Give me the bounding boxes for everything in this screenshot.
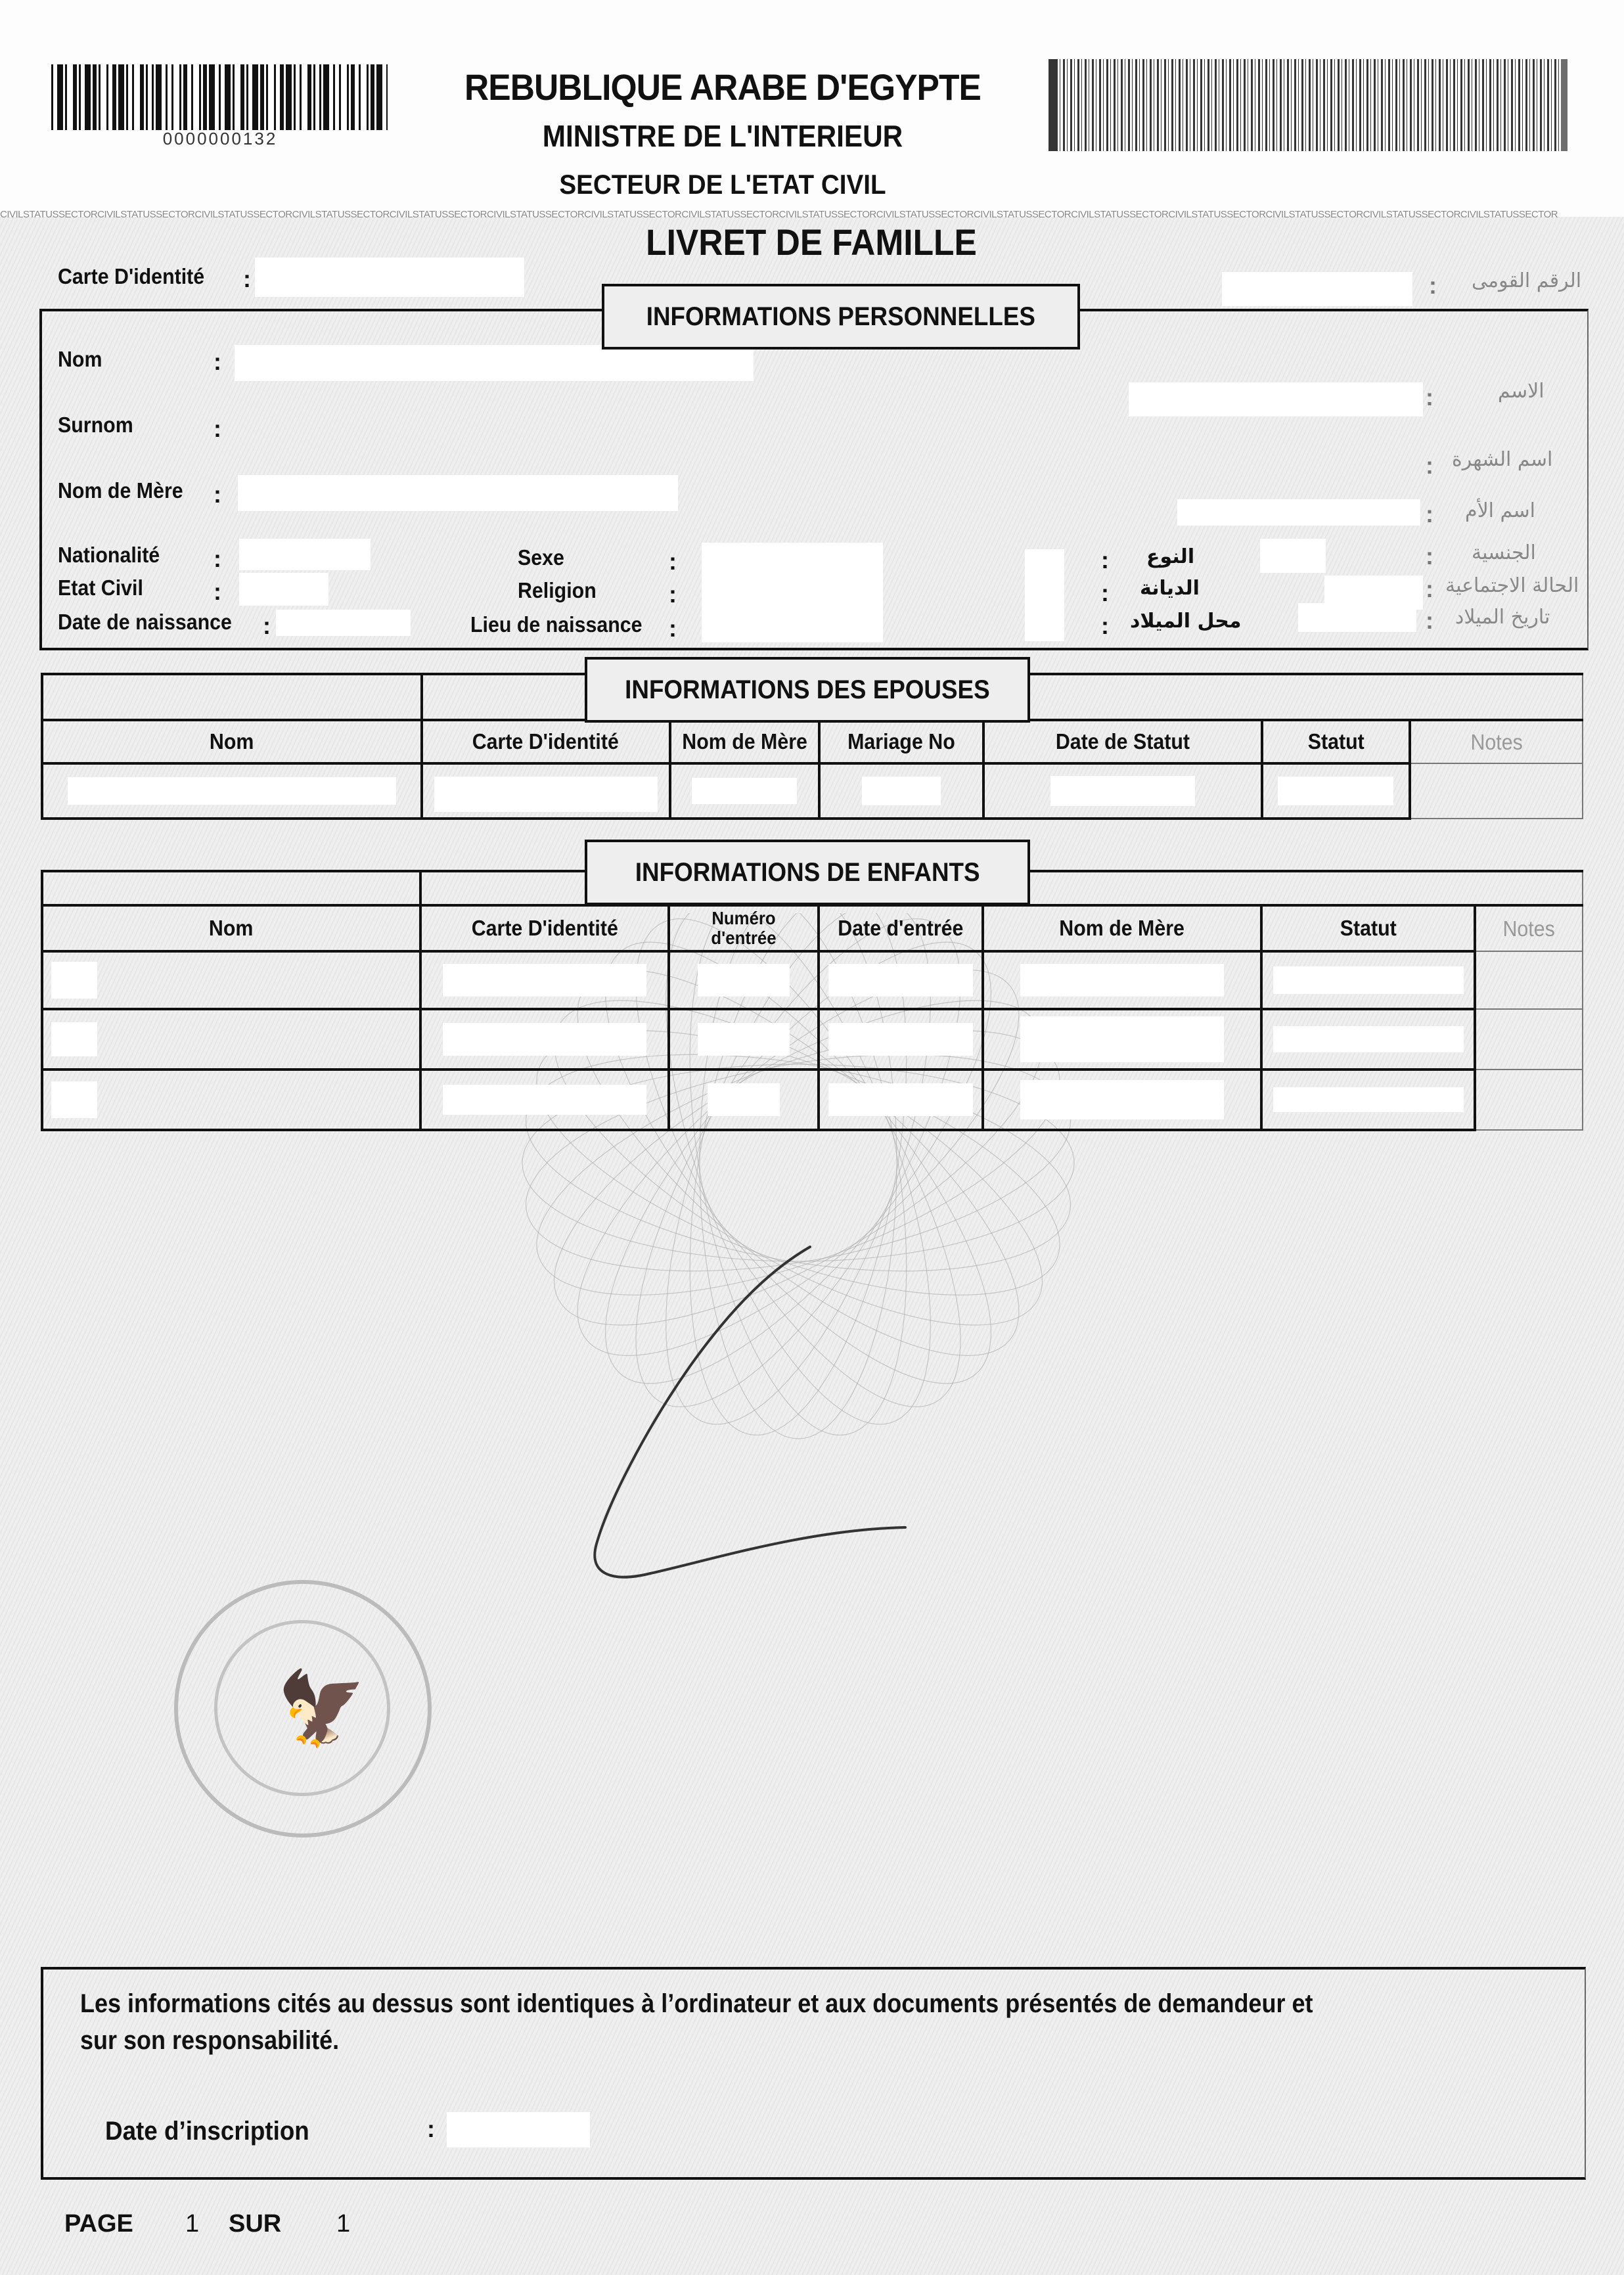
colon: : xyxy=(243,265,251,293)
cell-value xyxy=(862,777,941,805)
cell-value xyxy=(1020,1016,1224,1062)
col-date-statut: Date de Statut xyxy=(983,720,1262,763)
nom-value-ar xyxy=(1129,382,1423,417)
nom-mere-label: Nom de Mère xyxy=(58,478,183,503)
sexe-label: Sexe xyxy=(518,545,564,570)
table-row xyxy=(42,763,1583,819)
children-table: Nom Carte D'identité Numéro d'entrée Dat… xyxy=(41,870,1583,1131)
cell-value xyxy=(443,1023,646,1056)
cell-value xyxy=(828,1083,973,1116)
children-header-row: Nom Carte D'identité Numéro d'entrée Dat… xyxy=(42,905,1583,951)
colon: : xyxy=(214,415,221,443)
eagle-emblem-icon: 🦅 xyxy=(277,1669,336,1748)
barcode-number: 0000000132 xyxy=(135,129,305,149)
cell-value xyxy=(1273,1026,1464,1052)
cell-value xyxy=(1020,1080,1224,1119)
table-row xyxy=(42,1070,1583,1130)
nom-mere-value xyxy=(238,475,678,511)
sexe-label-ar: النوع xyxy=(1146,545,1194,568)
page-current: 1 xyxy=(185,2210,199,2238)
spouses-header-row: Nom Carte D'identité Nom de Mère Mariage… xyxy=(42,720,1583,763)
cell-value xyxy=(51,1022,97,1056)
spouses-section-title: INFORMATIONS DES EPOUSES xyxy=(585,657,1030,723)
colon: : xyxy=(214,348,221,376)
declaration-text: Les informations cités au dessus sont id… xyxy=(80,1985,1351,2059)
nom-label-ar: الاسم xyxy=(1498,380,1545,403)
col-statut: Statut xyxy=(1261,905,1475,951)
nationalite-label-ar: الجنسية xyxy=(1472,541,1536,564)
date-naissance-label: Date de naissance xyxy=(58,610,232,635)
colon: : xyxy=(427,2115,435,2143)
col-nom: Nom xyxy=(42,905,420,951)
col-notes: Notes xyxy=(1410,720,1583,763)
page-total: 1 xyxy=(336,2210,350,2238)
sexe-religion-lieu-values xyxy=(702,543,883,642)
colon: : xyxy=(669,548,677,575)
national-id-label-ar: الرقم القومى xyxy=(1472,269,1581,292)
surnom-label: Surnom xyxy=(58,413,133,438)
barcode-icon xyxy=(51,64,388,130)
colon: : xyxy=(1429,272,1437,300)
seal-inner-ring: 🦅 xyxy=(214,1620,390,1796)
cell-value xyxy=(443,964,646,997)
col-nom-mere: Nom de Mère xyxy=(670,720,820,763)
cell-value xyxy=(51,1081,97,1118)
ministry-heading: MINISTRE DE L'INTERIEUR xyxy=(420,118,1025,154)
id-card-label: Carte D'identité xyxy=(58,264,204,289)
cell-value xyxy=(828,1023,973,1056)
sector-heading: SECTEUR DE L'ETAT CIVIL xyxy=(420,169,1025,200)
children-section-title: INFORMATIONS DE ENFANTS xyxy=(585,840,1030,905)
colon: : xyxy=(1101,579,1109,607)
date-naissance-label-ar: تاريخ الميلاد xyxy=(1455,606,1550,629)
lieu-naissance-label: Lieu de naissance xyxy=(470,612,643,637)
nationalite-label: Nationalité xyxy=(58,543,160,568)
cell-value xyxy=(68,777,396,805)
col-mariage-no: Mariage No xyxy=(819,720,983,763)
date-naissance-value xyxy=(276,610,411,636)
colon: : xyxy=(1426,543,1433,570)
ministry-seal-icon: 🦅 xyxy=(174,1580,432,1837)
nationalite-value xyxy=(239,539,371,570)
of-label: SUR xyxy=(229,2210,281,2238)
lieu-naissance-label-ar: محل الميلاد xyxy=(1130,610,1242,633)
personal-section-title: INFORMATIONS PERSONNELLES xyxy=(602,284,1080,349)
cell-value xyxy=(434,777,658,812)
etat-civil-label: Etat Civil xyxy=(58,575,143,600)
religion-label: Religion xyxy=(518,578,597,603)
date-naissance-value-ar xyxy=(1298,603,1416,632)
table-row xyxy=(42,951,1583,1009)
cell-value xyxy=(443,1085,646,1115)
cell-value xyxy=(708,1083,780,1116)
colon: : xyxy=(1426,384,1433,411)
etat-civil-label-ar: الحالة الاجتماعية xyxy=(1445,574,1579,597)
colon: : xyxy=(1426,452,1433,480)
document-title: LIVRET DE FAMILLE xyxy=(428,221,1195,263)
arabic-mid-values xyxy=(1025,549,1064,641)
cell-value xyxy=(1050,776,1195,806)
microtext-security-line: CIVILSTATUSSECTORCIVILSTATUSSECTORCIVILS… xyxy=(0,209,1624,222)
cell-value xyxy=(828,964,973,997)
nom-label: Nom xyxy=(58,347,102,372)
cell-value xyxy=(698,1023,790,1056)
cell-value xyxy=(1475,951,1583,1009)
colon: : xyxy=(1426,607,1433,635)
nom-value xyxy=(235,345,754,381)
col-notes: Notes xyxy=(1475,905,1583,951)
colon: : xyxy=(669,581,677,608)
colon: : xyxy=(214,481,221,508)
col-numero-entree: Numéro d'entrée xyxy=(669,905,819,951)
col-statut: Statut xyxy=(1262,720,1410,763)
colon: : xyxy=(1426,575,1433,603)
cell-value xyxy=(1273,1087,1464,1112)
colon: : xyxy=(1101,547,1109,574)
col-carte-identite: Carte D'identité xyxy=(422,720,670,763)
col-carte-identite: Carte D'identité xyxy=(420,905,669,951)
table-row xyxy=(42,1009,1583,1070)
cell-value xyxy=(1475,1070,1583,1130)
national-id-value-ar xyxy=(1222,272,1412,306)
col-nom-mere: Nom de Mère xyxy=(983,905,1262,951)
date-inscription-value xyxy=(447,2112,590,2148)
cell-value xyxy=(1278,777,1393,805)
col-date-entree: Date d'entrée xyxy=(819,905,983,951)
col-nom: Nom xyxy=(42,720,422,763)
date-inscription-label: Date d’inscription xyxy=(105,2117,309,2146)
religion-label-ar: الديانة xyxy=(1140,577,1200,600)
colon: : xyxy=(1101,612,1109,640)
colon: : xyxy=(669,615,677,642)
id-card-value xyxy=(255,258,524,297)
colon: : xyxy=(214,578,221,606)
colon: : xyxy=(1426,501,1433,528)
cell-value xyxy=(1273,966,1464,994)
pdf417-barcode-icon xyxy=(1049,59,1568,151)
nom-mere-label-ar: اسم الأم xyxy=(1465,499,1535,522)
cell-value xyxy=(1410,763,1583,819)
cell-value xyxy=(1475,1009,1583,1070)
etat-civil-value xyxy=(239,573,328,606)
nationalite-value-ar xyxy=(1260,539,1326,573)
surnom-label-ar: اسم الشهرة xyxy=(1452,448,1552,471)
cell-value xyxy=(698,964,790,997)
cell-value xyxy=(1020,964,1224,997)
nom-mere-value-ar xyxy=(1177,499,1420,526)
colon: : xyxy=(214,545,221,573)
page-label: PAGE xyxy=(64,2210,133,2238)
colon: : xyxy=(263,612,271,640)
republic-heading: REBUBLIQUE ARABE D'EGYPTE xyxy=(420,66,1025,108)
cell-value xyxy=(51,962,97,999)
cell-value xyxy=(692,778,797,804)
signature-icon xyxy=(591,1215,1511,1774)
